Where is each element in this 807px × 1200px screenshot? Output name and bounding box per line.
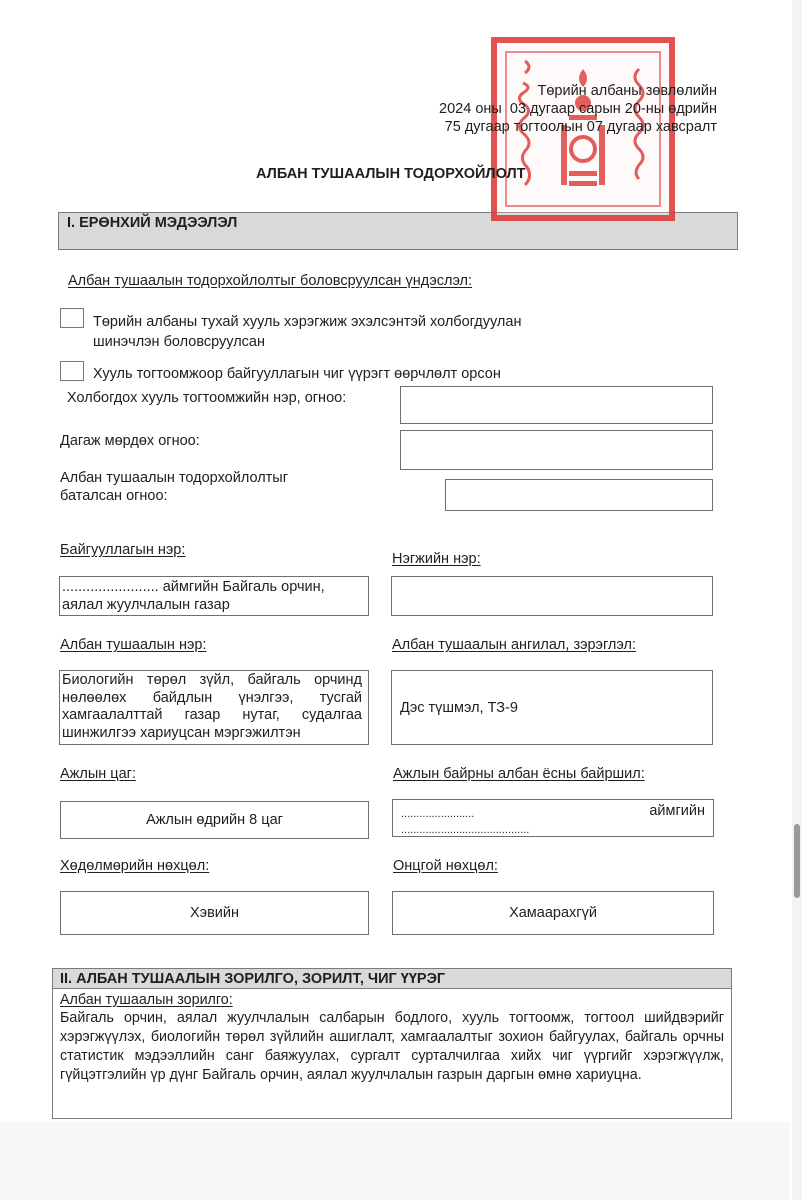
org-name-label: Байгууллагын нэр: xyxy=(60,541,185,559)
annex-line-3: 75 дугаар тогтоолын 07 дугаар хавсралт xyxy=(439,118,717,136)
annex-reference: Төрийн албаны зөвлөлийн 2024 оны 03 дуга… xyxy=(439,82,717,136)
document-title: АЛБАН ТУШААЛЫН ТОДОРХОЙЛОЛТ xyxy=(256,166,526,182)
classification-field[interactable]: Дэс түшмэл, ТЗ-9 xyxy=(391,670,713,745)
unit-name-field[interactable] xyxy=(391,576,713,616)
unit-name-label: Нэгжийн нэр: xyxy=(392,550,481,568)
work-hours-value: Ажлын өдрийн 8 цаг xyxy=(146,811,283,829)
special-conditions-label: Онцгой нөхцөл: xyxy=(393,857,498,875)
page-bottom-margin xyxy=(0,1122,790,1200)
related-law-field[interactable] xyxy=(400,386,713,424)
checkbox-law-renewal-label: Төрийн албаны тухай хууль хэрэгжиж эхэлс… xyxy=(93,313,521,351)
checkbox-function-change[interactable] xyxy=(60,361,84,381)
scrollbar-thumb[interactable] xyxy=(794,824,800,898)
work-hours-field[interactable]: Ажлын өдрийн 8 цаг xyxy=(60,801,369,839)
section-2: II. АЛБАН ТУШААЛЫН ЗОРИЛГО, ЗОРИЛТ, ЧИГ … xyxy=(52,968,732,1119)
workplace-label: Ажлын байрны албан ёсны байршил: xyxy=(393,765,645,783)
checkbox-law-renewal[interactable] xyxy=(60,308,84,328)
approved-date-field[interactable] xyxy=(445,479,713,511)
effective-date-label: Дагаж мөрдөх огноо: xyxy=(60,432,200,450)
special-conditions-value: Хамаарахгүй xyxy=(509,904,597,922)
purpose-label: Албан тушаалын зорилго: xyxy=(60,992,724,1009)
purpose-text: Байгаль орчин, аялал жуулчлалын салбарын… xyxy=(60,1009,724,1085)
workplace-field[interactable]: ........................ аймгийн .......… xyxy=(392,799,714,837)
classification-value: Дэс түшмэл, ТЗ-9 xyxy=(400,699,518,717)
basis-label: Албан тушаалын тодорхойлолтыг боловсруул… xyxy=(68,272,472,290)
scrollbar-track[interactable] xyxy=(792,0,802,1200)
annex-line-2: 2024 оны 03 дугаар сарын 20-ны өдрийн xyxy=(439,100,717,118)
annex-line-1: Төрийн албаны зөвлөлийн xyxy=(439,82,717,100)
position-name-field[interactable]: Биологийн төрөл зүйл, байгаль орчинд нөл… xyxy=(59,670,369,745)
labor-conditions-label: Хөдөлмөрийн нөхцөл: xyxy=(60,857,209,875)
labor-conditions-field[interactable]: Хэвийн xyxy=(60,891,369,935)
effective-date-field[interactable] xyxy=(400,430,713,470)
section-2-heading: II. АЛБАН ТУШААЛЫН ЗОРИЛГО, ЗОРИЛТ, ЧИГ … xyxy=(53,969,731,989)
workplace-aimag-word: аймгийн xyxy=(649,802,705,820)
approved-date-label: Албан тушаалын тодорхойлолтыг баталсан о… xyxy=(60,469,288,505)
checkbox-function-change-label: Хууль тогтоомжоор байгууллагын чиг үүрэг… xyxy=(93,365,501,383)
org-name-field[interactable]: ........................ аймгийн Байгаль… xyxy=(59,576,369,616)
special-conditions-field[interactable]: Хамаарахгүй xyxy=(392,891,714,935)
classification-label: Албан тушаалын ангилал, зэрэглэл: xyxy=(392,636,636,654)
labor-conditions-value: Хэвийн xyxy=(190,904,239,922)
related-law-label: Холбогдох хууль тогтоомжийн нэр, огноо: xyxy=(67,389,346,407)
workplace-detail-blank: ........................................… xyxy=(401,821,529,839)
position-name-label: Албан тушаалын нэр: xyxy=(60,636,206,654)
section-2-body: Албан тушаалын зорилго: Байгаль орчин, а… xyxy=(53,989,731,1085)
work-hours-label: Ажлын цаг: xyxy=(60,765,136,783)
